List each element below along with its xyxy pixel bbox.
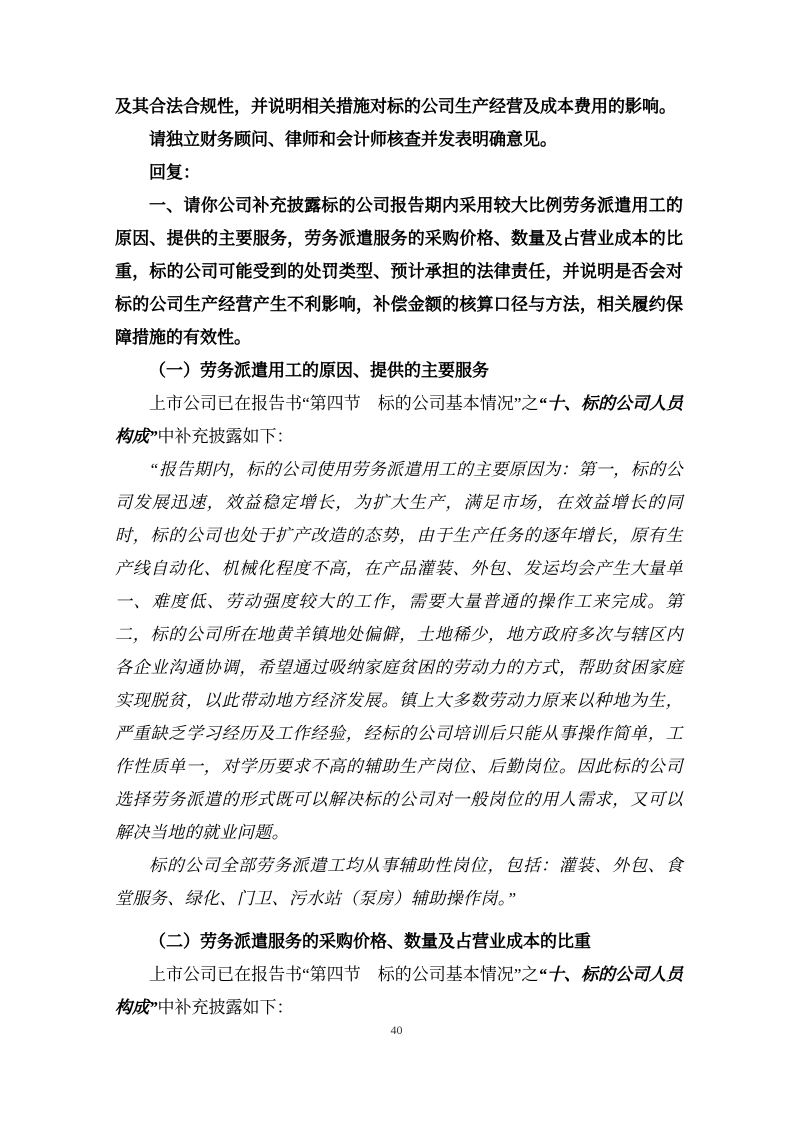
section-1-heading: （一）劳务派遣用工的原因、提供的主要服务 <box>115 354 683 387</box>
section-2-ref-prefix: 上市公司已在报告书“第四节 标的公司基本情况”之 <box>149 965 538 984</box>
document-body: 及其合法合规性，并说明相关措施对标的公司生产经营及成本费用的影响。 请独立财务顾… <box>115 90 683 1024</box>
verification-request-line: 请独立财务顾问、律师和会计师核查并发表明确意见。 <box>115 123 683 156</box>
section-2-reference-paragraph: 上市公司已在报告书“第四节 标的公司基本情况”之“十、标的公司人员构成”中补充披… <box>115 958 683 1024</box>
section-2-ref-suffix: 中补充披露如下： <box>158 998 294 1017</box>
section-2-heading: （二）劳务派遣服务的采购价格、数量及占营业成本的比重 <box>115 925 683 958</box>
reply-label: 回复： <box>115 156 683 189</box>
intro-continuation-line: 及其合法合规性，并说明相关措施对标的公司生产经营及成本费用的影响。 <box>115 90 683 123</box>
page-number: 40 <box>0 1022 793 1038</box>
disclosure-quote-paragraph-1: “报告期内，标的公司使用劳务派遣用工的主要原因为：第一，标的公司发展迅速，效益稳… <box>115 453 683 849</box>
document-page: 及其合法合规性，并说明相关措施对标的公司生产经营及成本费用的影响。 请独立财务顾… <box>0 0 793 1122</box>
section-1-reference-paragraph: 上市公司已在报告书“第四节 标的公司基本情况”之“十、标的公司人员构成”中补充披… <box>115 387 683 453</box>
disclosure-quote-paragraph-2: 标的公司全部劳务派遣工均从事辅助性岗位，包括：灌装、外包、食堂服务、绿化、门卫、… <box>115 849 683 915</box>
section-1-ref-prefix: 上市公司已在报告书“第四节 标的公司基本情况”之 <box>149 394 538 413</box>
question-item-1: 一、请你公司补充披露标的公司报告期内采用较大比例劳务派遣用工的原因、提供的主要服… <box>115 189 683 354</box>
section-1-ref-suffix: 中补充披露如下： <box>158 427 294 446</box>
